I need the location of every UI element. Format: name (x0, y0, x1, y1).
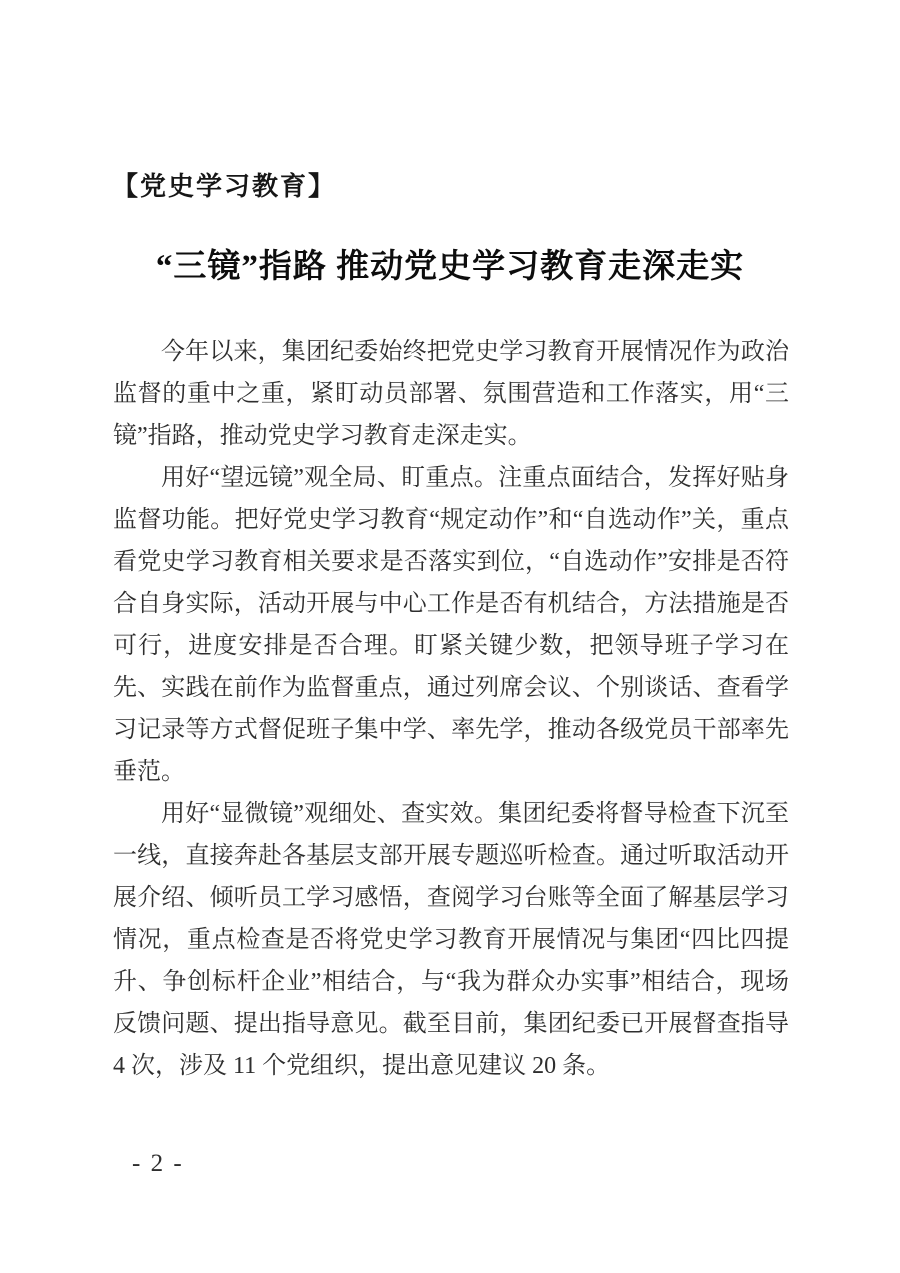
paragraph-microscope: 用好“显微镜”观细处、查实效。集团纪委将督导检查下沉至一线，直接奔赴各基层支部开… (113, 793, 789, 1087)
document-title: “三镜”指路 推动党史学习教育走深走实 (60, 240, 840, 287)
document-body: 今年以来，集团纪委始终把党史学习教育开展情况作为政治监督的重中之重，紧盯动员部署… (113, 331, 789, 1087)
document-page: 【党史学习教育】 “三镜”指路 推动党史学习教育走深走实 今年以来，集团纪委始终… (0, 0, 900, 1273)
page-number: - 2 - (132, 1150, 184, 1178)
paragraph-telescope: 用好“望远镜”观全局、盯重点。注重点面结合，发挥好贴身监督功能。把好党史学习教育… (113, 457, 789, 793)
section-label: 【党史学习教育】 (112, 166, 336, 203)
paragraph-intro: 今年以来，集团纪委始终把党史学习教育开展情况作为政治监督的重中之重，紧盯动员部署… (113, 331, 789, 457)
